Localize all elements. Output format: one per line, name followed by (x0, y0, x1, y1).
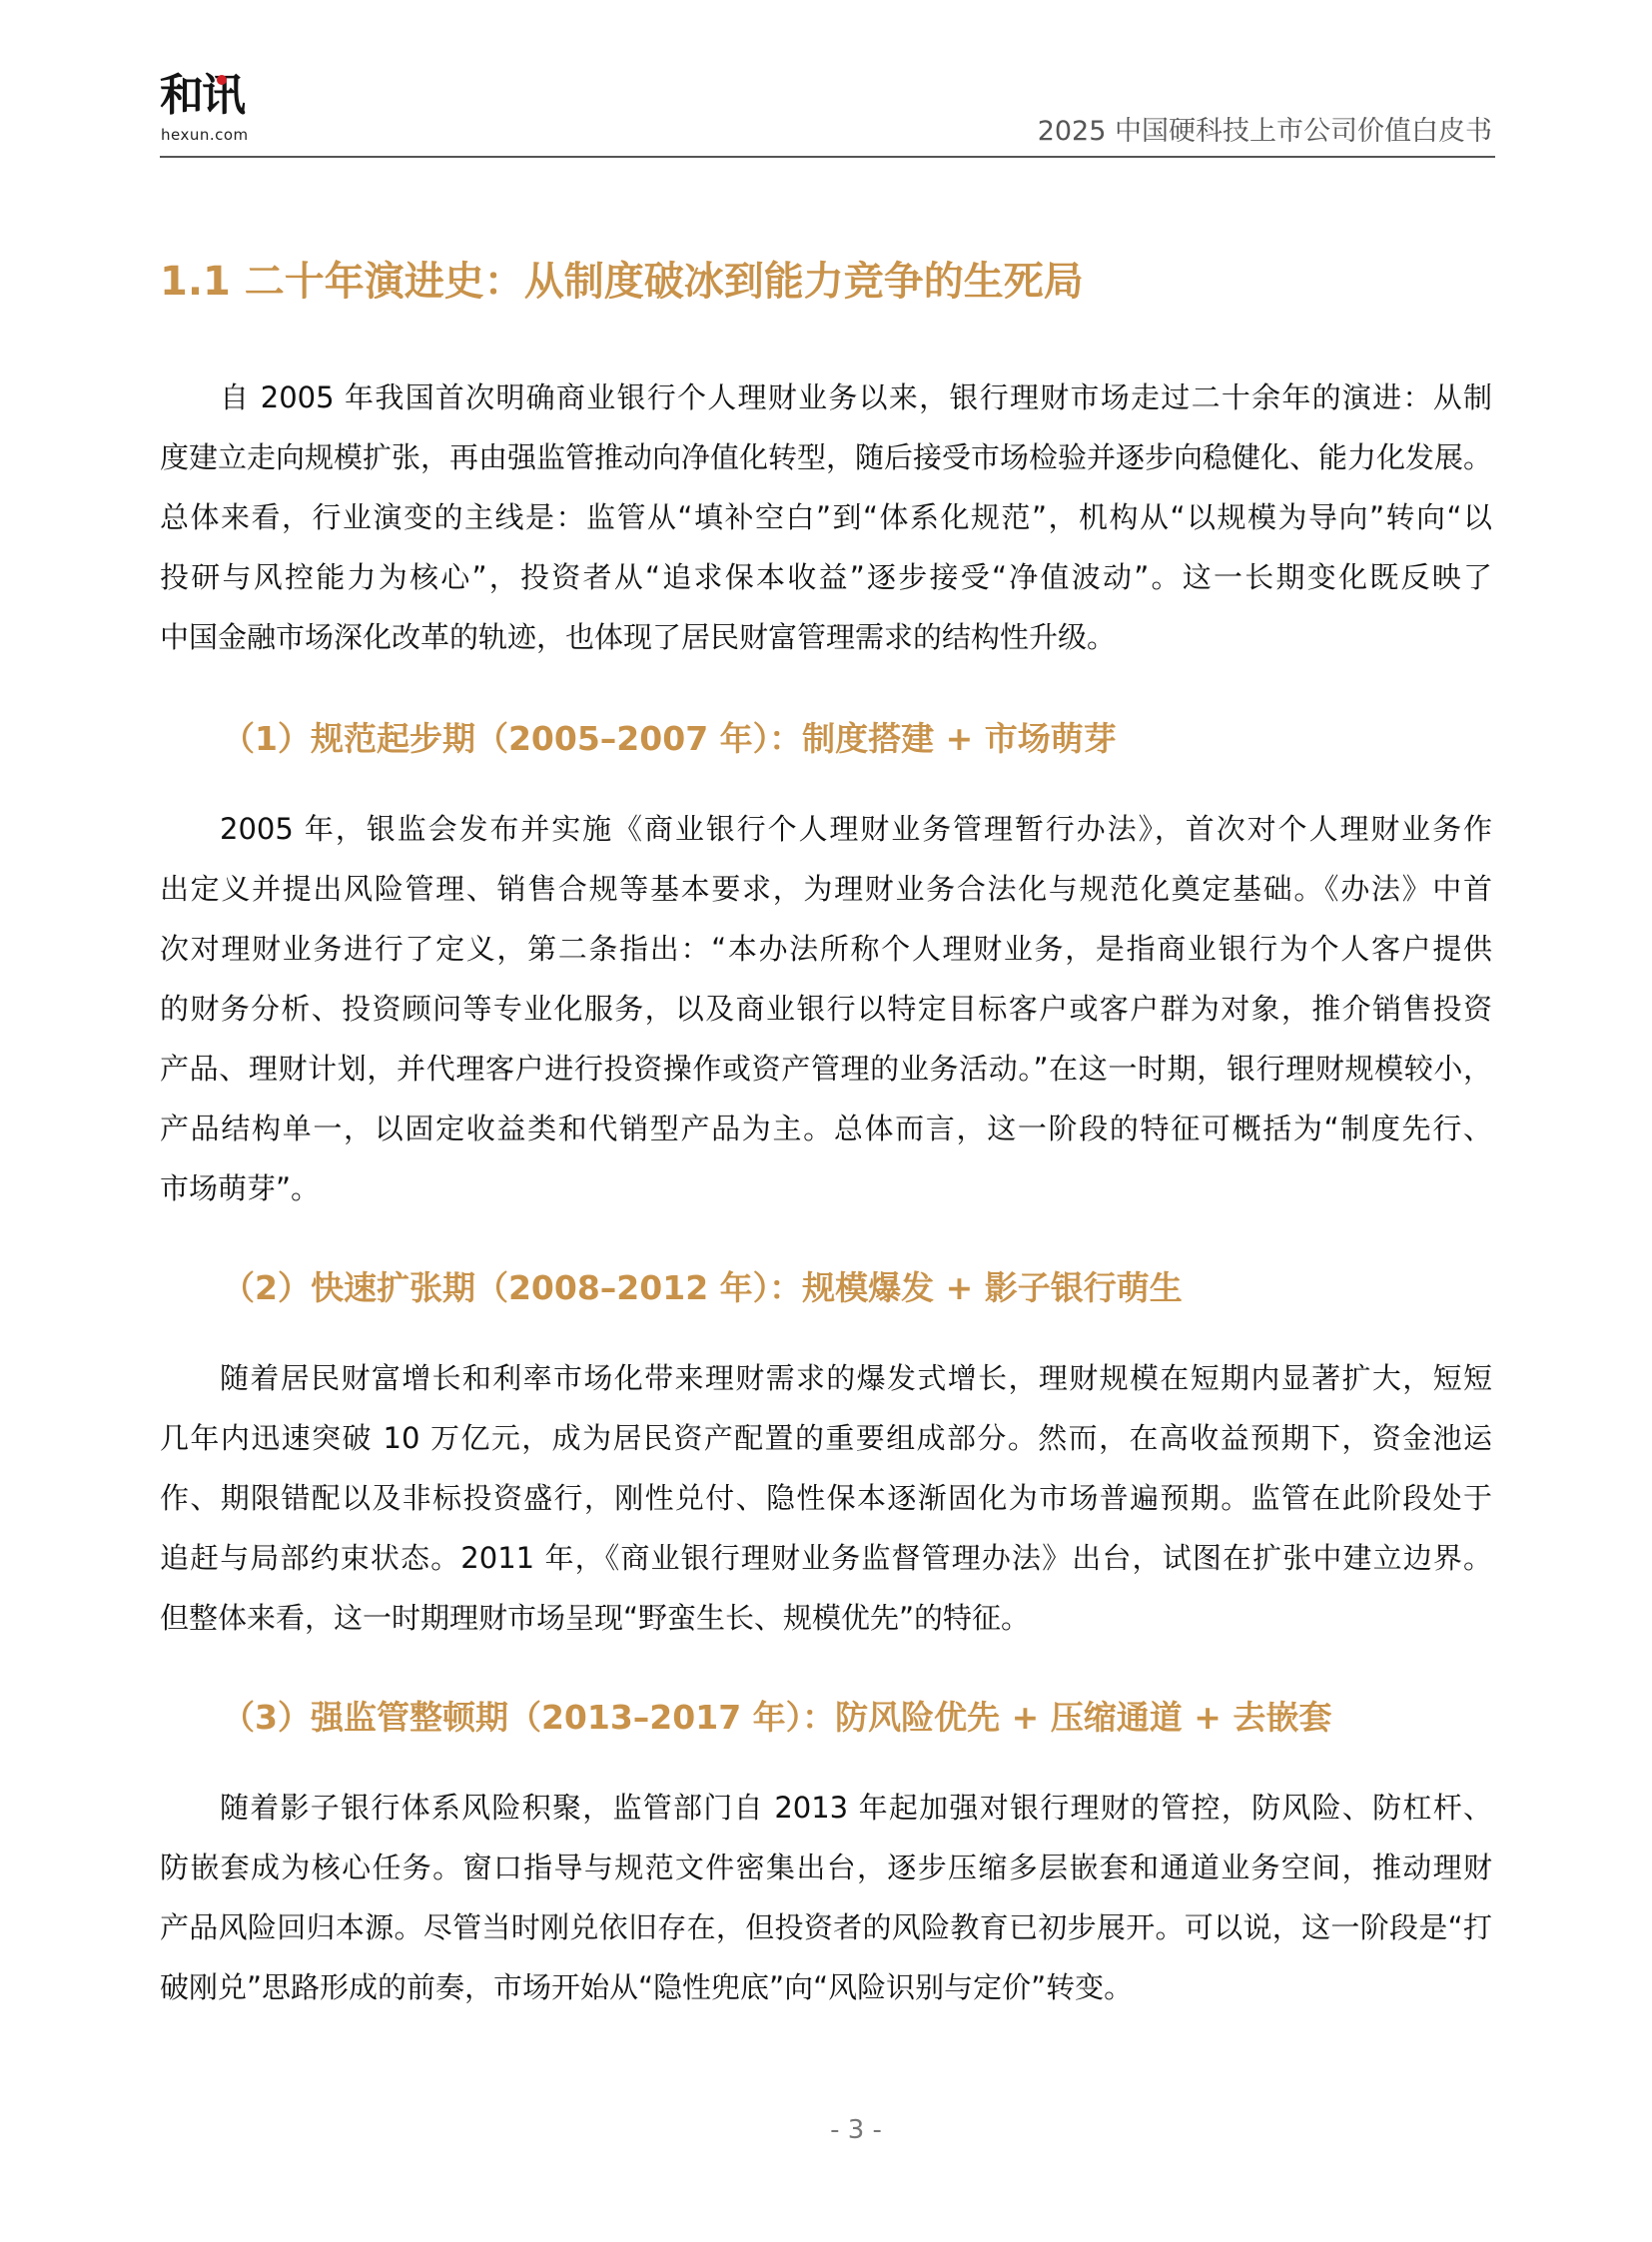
paragraph-line: 产品风险回归本源。尽管当时刚兑依旧存在，但投资者的风险教育已初步展开。可以说，这… (160, 1897, 1492, 1957)
paragraph-line: 产品、理财计划，并代理客户进行投资操作或资产管理的业务活动。”在这一时期，银行理… (160, 1039, 1492, 1099)
logo-domain: hexun.com (161, 126, 249, 144)
paragraph-line: 随着影子银行体系风险积聚，监管部门自 2013 年起加强对银行理财的管控，防风险… (160, 1778, 1492, 1838)
paragraph-line: 产品结构单一，以固定收益类和代销型产品为主。总体而言，这一阶段的特征可概括为“制… (160, 1099, 1492, 1158)
paragraph-line: 度建立走向规模扩张，再由强监管推动向净值化转型，随后接受市场检验并逐步向稳健化、… (160, 427, 1492, 487)
paragraph-line: 2005 年，银监会发布并实施《商业银行个人理财业务管理暂行办法》，首次对个人理… (160, 799, 1492, 859)
paragraph-line: 几年内迅速突破 10 万亿元，成为居民资产配置的重要组成部分。然而，在高收益预期… (160, 1408, 1492, 1468)
period-1-paragraph: 2005 年，银监会发布并实施《商业银行个人理财业务管理暂行办法》，首次对个人理… (160, 799, 1492, 1218)
paragraph-line: 出定义并提出风险管理、销售合规等基本要求，为理财业务合法化与规范化奠定基础。《办… (160, 859, 1492, 919)
paragraph-line: 作、期限错配以及非标投资盛行，刚性兑付、隐性保本逐渐固化为市场普遍预期。监管在此… (160, 1468, 1492, 1528)
page-number: - 3 - (0, 2113, 1652, 2147)
paragraph-line: 但整体来看，这一时期理财市场呈现“野蛮生长、规模优先”的特征。 (160, 1588, 1492, 1648)
intro-paragraph: 自 2005 年我国首次明确商业银行个人理财业务以来，银行理财市场走过二十余年的… (160, 368, 1492, 667)
paragraph-line: 破刚兑”思路形成的前奏，市场开始从“隐性兜底”向“风险识别与定价”转变。 (160, 1957, 1492, 2017)
period-2-heading: （2）快速扩张期（2008–2012 年）：规模爆发 + 影子银行萌生 (222, 1258, 1183, 1318)
document-title: 2025 中国硬科技上市公司价值白皮书 (1038, 116, 1492, 148)
paragraph-line: 投研与风控能力为核心”，投资者从“追求保本收益”逐步接受“净值波动”。这一长期变… (160, 547, 1492, 607)
period-3-paragraph: 随着影子银行体系风险积聚，监管部门自 2013 年起加强对银行理财的管控，防风险… (160, 1778, 1492, 2017)
hexun-logo: 和讯 hexun.com (160, 70, 280, 150)
header-divider (160, 156, 1495, 158)
logo-red-dot-icon (217, 75, 227, 85)
period-2-paragraph: 随着居民财富增长和利率市场化带来理财需求的爆发式增长，理财规模在短期内显著扩大，… (160, 1348, 1492, 1648)
section-title: 1.1 二十年演进史：从制度破冰到能力竞争的生死局 (160, 252, 1084, 312)
paragraph-line: 自 2005 年我国首次明确商业银行个人理财业务以来，银行理财市场走过二十余年的… (160, 368, 1492, 427)
paragraph-line: 追赶与局部约束状态。2011 年，《商业银行理财业务监督管理办法》出台，试图在扩… (160, 1528, 1492, 1588)
paragraph-line: 的财务分析、投资顾问等专业化服务，以及商业银行以特定目标客户或客户群为对象，推介… (160, 979, 1492, 1039)
paragraph-line: 随着居民财富增长和利率市场化带来理财需求的爆发式增长，理财规模在短期内显著扩大，… (160, 1348, 1492, 1408)
paragraph-line: 次对理财业务进行了定义，第二条指出：“本办法所称个人理财业务，是指商业银行为个人… (160, 919, 1492, 979)
period-3-heading: （3）强监管整顿期（2013–2017 年）：防风险优先 + 压缩通道 + 去嵌… (222, 1688, 1331, 1748)
paragraph-line: 防嵌套成为核心任务。窗口指导与规范文件密集出台，逐步压缩多层嵌套和通道业务空间，… (160, 1838, 1492, 1897)
paragraph-line: 中国金融市场深化改革的轨迹，也体现了居民财富管理需求的结构性升级。 (160, 607, 1492, 667)
paragraph-line: 总体来看，行业演变的主线是：监管从“填补空白”到“体系化规范”，机构从“以规模为… (160, 487, 1492, 547)
period-1-heading: （1）规范起步期（2005–2007 年）：制度搭建 + 市场萌芽 (222, 709, 1117, 769)
paragraph-line: 市场萌芽”。 (160, 1158, 1492, 1218)
logo-wordmark: 和讯 (160, 72, 244, 120)
